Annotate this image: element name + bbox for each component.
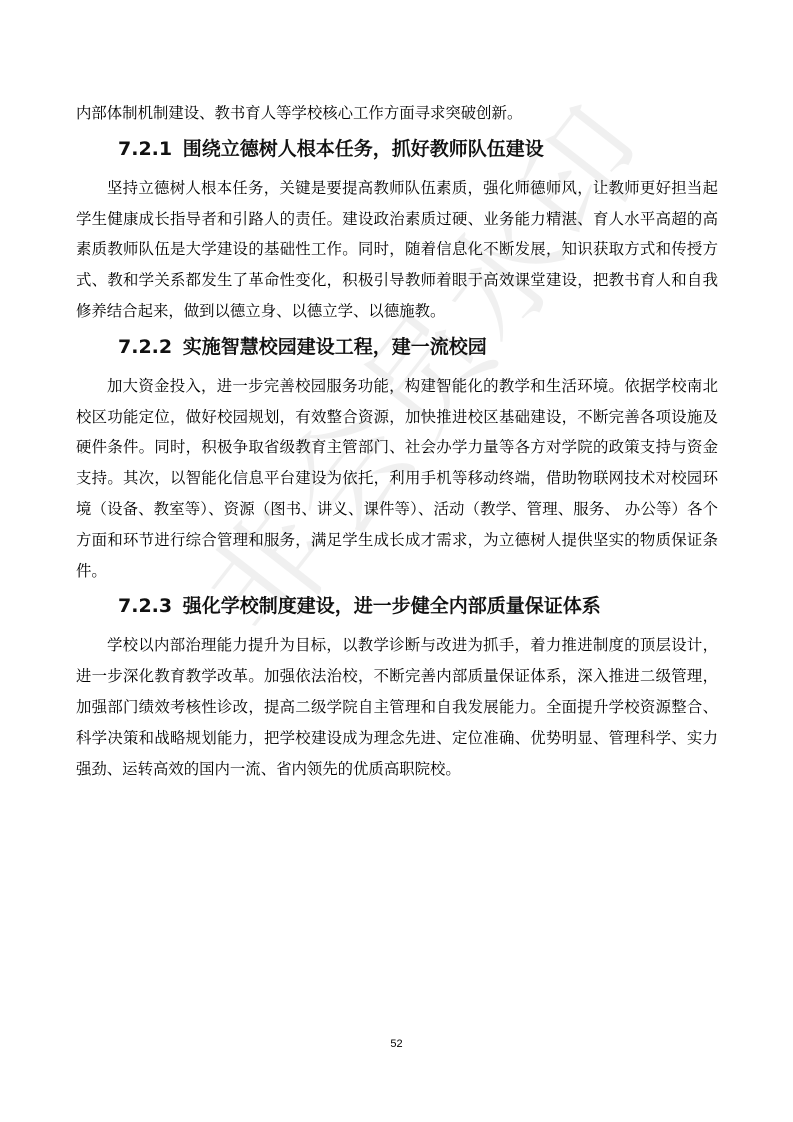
continuation-paragraph: 内部体制机制建设、教书育人等学校核心工作方面寻求突破创新。	[76, 98, 718, 129]
section-heading-7-2-1: 7.2.1 围绕立德树人根本任务，抓好教师队伍建设	[76, 137, 718, 161]
section-title: 强化学校制度建设，进一步健全内部质量保证体系	[183, 595, 601, 617]
section-title: 实施智慧校园建设工程，建一流校园	[183, 336, 487, 358]
section-title: 围绕立德树人根本任务，抓好教师队伍建设	[183, 138, 544, 160]
section-heading-7-2-2: 7.2.2 实施智慧校园建设工程，建一流校园	[76, 335, 718, 359]
page-content: 内部体制机制建设、教书育人等学校核心工作方面寻求突破创新。 7.2.1 围绕立德…	[76, 98, 718, 784]
section-heading-7-2-3: 7.2.3 强化学校制度建设，进一步健全内部质量保证体系	[76, 594, 718, 618]
section-number: 7.2.3	[118, 595, 172, 617]
section-body-7-2-2: 加大资金投入，进一步完善校园服务功能，构建智能化的教学和生活环境。依据学校南北校…	[76, 371, 718, 587]
page-number: 52	[0, 1038, 793, 1050]
section-body-7-2-3: 学校以内部治理能力提升为目标，以教学诊断与改进为抓手，着力推进制度的顶层设计，进…	[76, 630, 718, 784]
document-page: 非会员水印 内部体制机制建设、教书育人等学校核心工作方面寻求突破创新。 7.2.…	[0, 0, 793, 1122]
section-number: 7.2.2	[118, 336, 172, 358]
section-body-7-2-1: 坚持立德树人根本任务，关键是要提高教师队伍素质，强化师德师风，让教师更好担当起学…	[76, 173, 718, 327]
section-number: 7.2.1	[118, 138, 172, 160]
